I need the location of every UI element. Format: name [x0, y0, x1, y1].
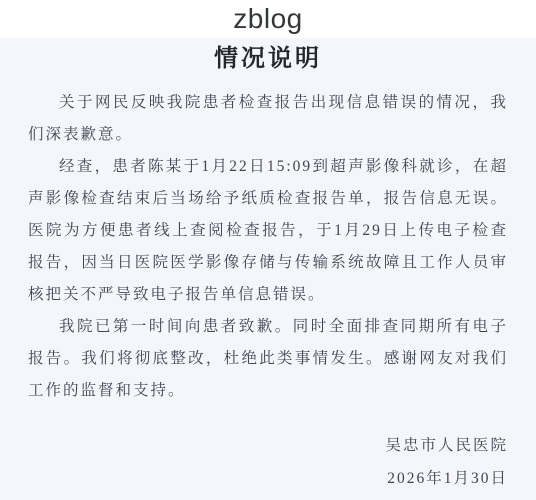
notice-paragraph-findings: 经查，患者陈某于1月22日15:09到超声影像科就诊，在超声影像检查结束后当场给…: [28, 151, 508, 311]
notice-body: 关于网民反映我院患者检查报告出现信息错误的情况，我们深表歉意。 经查，患者陈某于…: [0, 87, 536, 407]
signature-organization: 吴忠市人民医院: [28, 429, 508, 462]
page: zblog 情况说明 关于网民反映我院患者检查报告出现信息错误的情况，我们深表歉…: [0, 0, 536, 500]
notice-article: 情况说明 关于网民反映我院患者检查报告出现信息错误的情况，我们深表歉意。 经查，…: [0, 38, 536, 500]
signature-block: 吴忠市人民医院 2026年1月30日: [0, 429, 536, 495]
notice-title: 情况说明: [0, 45, 536, 73]
notice-paragraph-intro: 关于网民反映我院患者检查报告出现信息错误的情况，我们深表歉意。: [28, 87, 508, 151]
site-header: zblog: [0, 0, 536, 38]
site-logo-link[interactable]: zblog: [233, 5, 302, 33]
signature-date: 2026年1月30日: [28, 462, 508, 495]
notice-paragraph-actions: 我院已第一时间向患者致歉。同时全面排查同期所有电子报告。我们将彻底整改，杜绝此类…: [28, 311, 508, 407]
